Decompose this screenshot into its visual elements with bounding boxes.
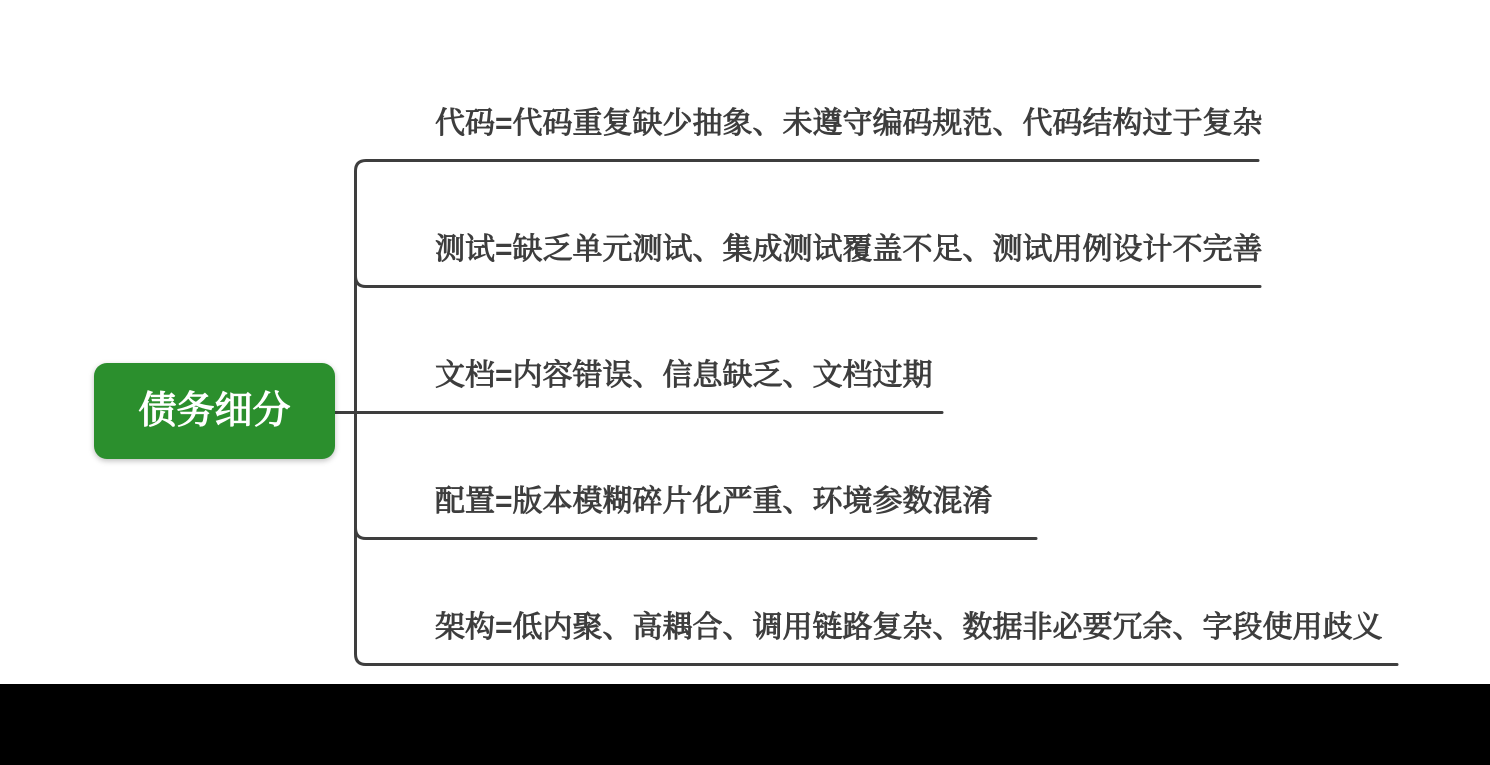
branch-topic-docs[interactable]: 文档=内容错误、信息缺乏、文档过期 bbox=[435, 358, 933, 394]
branch-connector-test bbox=[356, 276, 1261, 287]
letterbox-bar bbox=[0, 684, 1490, 765]
branch-topic-arch[interactable]: 架构=低内聚、高耦合、调用链路复杂、数据非必要冗余、字段使用歧义 bbox=[435, 610, 1383, 646]
branch-connector-config bbox=[356, 528, 1037, 539]
branch-topic-test[interactable]: 测试=缺乏单元测试、集成测试覆盖不足、测试用例设计不完善 bbox=[435, 232, 1263, 268]
root-topic-label: 债务细分 bbox=[138, 392, 290, 430]
branch-topic-code[interactable]: 代码=代码重复缺少抽象、未遵守编码规范、代码结构过于复杂 bbox=[435, 106, 1263, 142]
mindmap-canvas: 债务细分 代码=代码重复缺少抽象、未遵守编码规范、代码结构过于复杂 测试=缺乏单… bbox=[0, 0, 1490, 765]
branch-topic-config[interactable]: 配置=版本模糊碎片化严重、环境参数混淆 bbox=[435, 484, 993, 520]
root-topic[interactable]: 债务细分 bbox=[94, 363, 335, 459]
